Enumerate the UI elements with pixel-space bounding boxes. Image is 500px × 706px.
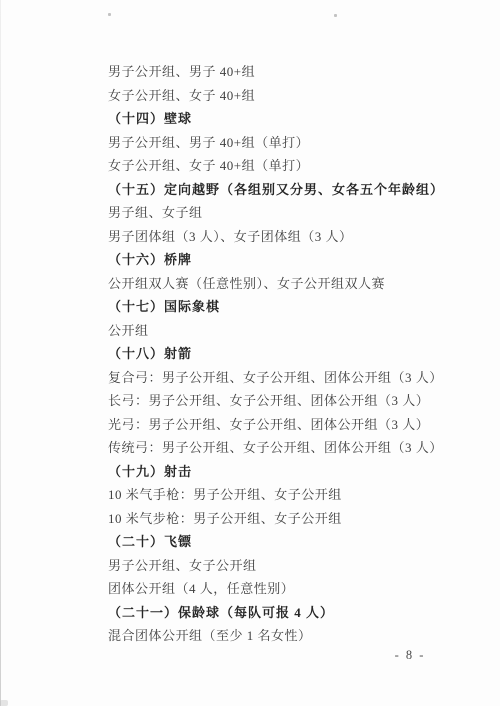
scan-speck-artifact (334, 14, 337, 17)
document-text-block: 男子公开组、男子 40+组 女子公开组、女子 40+组 （十四）壁球 男子公开组… (108, 60, 488, 648)
section-heading: （十六）桥牌 (108, 248, 488, 272)
text-line: 公开组 (108, 319, 488, 343)
page-number: - 8 - (388, 645, 432, 665)
text-line: 男子组、女子组 (108, 201, 488, 225)
section-heading: （二十一）保龄球（每队可报 4 人） (108, 601, 488, 625)
text-line: 男子团体组（3 人）、女子团体组（3 人） (108, 225, 488, 249)
text-line: 混合团体公开组（至少 1 名女性） (108, 624, 488, 648)
text-line: 女子公开组、女子 40+组 (108, 84, 488, 108)
section-heading: （二十）飞镖 (108, 530, 488, 554)
section-heading: （十八）射箭 (108, 342, 488, 366)
text-line: 男子公开组、女子公开组 (108, 554, 488, 578)
scan-speck-artifact (108, 13, 111, 16)
text-line: 10 米气手枪：男子公开组、女子公开组 (108, 483, 488, 507)
scan-edge-artifact (0, 0, 1, 706)
text-line: 男子公开组、男子 40+组 (108, 60, 488, 84)
text-line: 长弓：男子公开组、女子公开组、团体公开组（3 人） (108, 389, 488, 413)
section-heading: （十七）国际象棋 (108, 295, 488, 319)
text-line: 复合弓：男子公开组、女子公开组、团体公开组（3 人） (108, 366, 488, 390)
scan-corner-smudge-artifact (0, 700, 8, 706)
section-heading: （十五）定向越野（各组别又分男、女各五个年龄组） (108, 178, 488, 202)
scanned-document-page: 男子公开组、男子 40+组 女子公开组、女子 40+组 （十四）壁球 男子公开组… (0, 0, 500, 706)
text-line: 公开组双人赛（任意性别）、女子公开组双人赛 (108, 272, 488, 296)
text-line: 10 米气步枪：男子公开组、女子公开组 (108, 507, 488, 531)
section-heading: （十九）射击 (108, 460, 488, 484)
text-line: 女子公开组、女子 40+组（单打） (108, 154, 488, 178)
text-line: 团体公开组（4 人，任意性别） (108, 577, 488, 601)
text-line: 传统弓：男子公开组、女子公开组、团体公开组（3 人） (108, 436, 488, 460)
text-line: 男子公开组、男子 40+组（单打） (108, 131, 488, 155)
text-line: 光弓：男子公开组、女子公开组、团体公开组（3 人） (108, 413, 488, 437)
section-heading: （十四）壁球 (108, 107, 488, 131)
